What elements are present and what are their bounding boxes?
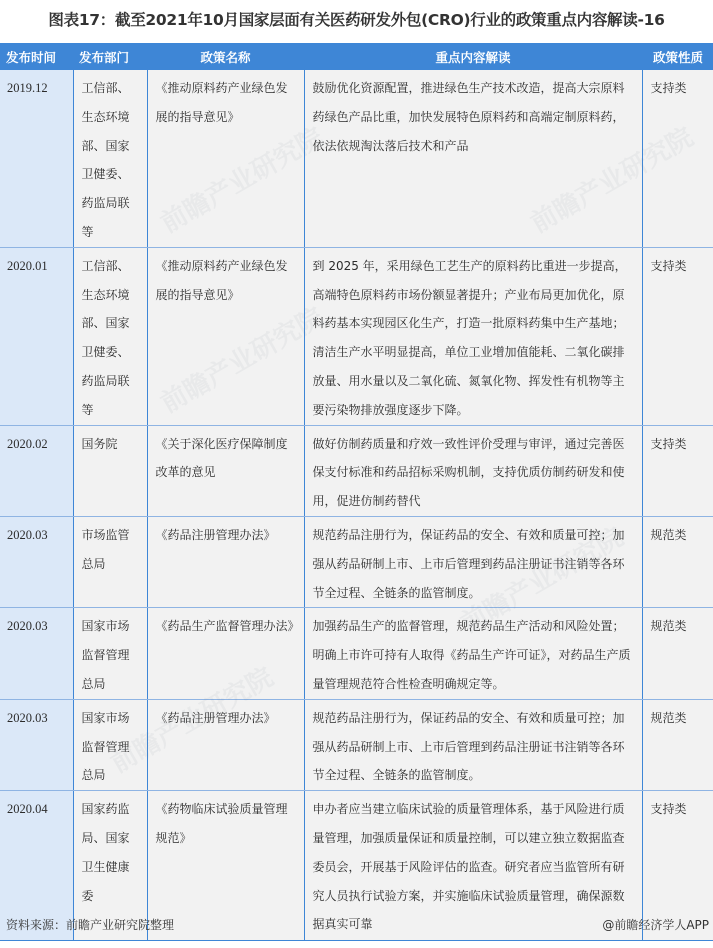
cell-department: 国务院 — [73, 425, 147, 516]
table-row: 2020.02 国务院 《关于深化医疗保障制度改革的意见 做好仿制药质量和疗效一… — [0, 425, 713, 516]
cell-department: 工信部、生态环境部、国家卫健委、药监局联等 — [73, 247, 147, 425]
header-policy-name: 政策名称 — [147, 43, 304, 70]
cell-content: 规范药品注册行为，保证药品的安全、有效和质量可控；加强从药品研制上市、上市后管理… — [304, 699, 642, 790]
cell-policy-name: 《药品生产监督管理办法》 — [147, 608, 304, 699]
table-row: 2020.03 国家市场监督管理总局 《药品生产监督管理办法》 加强药品生产的监… — [0, 608, 713, 699]
cell-date: 2020.01 — [0, 247, 73, 425]
table-row: 2019.12 工信部、生态环境部、国家卫健委、药监局联等 《推动原料药产业绿色… — [0, 70, 713, 247]
cell-date: 2020.03 — [0, 699, 73, 790]
cell-nature: 支持类 — [642, 70, 713, 247]
table-row: 2020.01 工信部、生态环境部、国家卫健委、药监局联等 《推动原料药产业绿色… — [0, 247, 713, 425]
cell-date: 2019.12 — [0, 70, 73, 247]
table-header-row: 发布时间 发布部门 政策名称 重点内容解读 政策性质 — [0, 43, 713, 70]
credit-note: @前瞻经济学人APP — [602, 916, 709, 933]
cell-policy-name: 《推动原料药产业绿色发展的指导意见》 — [147, 70, 304, 247]
cell-content: 做好仿制药质量和疗效一致性评价受理与审评，通过完善医保支付标准和药品招标采购机制… — [304, 425, 642, 516]
cell-department: 工信部、生态环境部、国家卫健委、药监局联等 — [73, 70, 147, 247]
cell-content: 鼓励优化资源配置，推进绿色生产技术改造，提高大宗原料药绿色产品比重，加快发展特色… — [304, 70, 642, 247]
header-date: 发布时间 — [0, 43, 73, 70]
cell-policy-name: 《推动原料药产业绿色发展的指导意见》 — [147, 247, 304, 425]
cell-department: 国家市场监督管理总局 — [73, 699, 147, 790]
cell-policy-name: 《药品注册管理办法》 — [147, 516, 304, 607]
figure-title: 图表17：截至2021年10月国家层面有关医药研发外包(CRO)行业的政策重点内… — [0, 0, 713, 40]
cell-nature: 支持类 — [642, 425, 713, 516]
cell-nature: 支持类 — [642, 247, 713, 425]
cell-content: 申办者应当建立临床试验的质量管理体系，基于风险进行质量管理，加强质量保证和质量控… — [304, 791, 642, 941]
cell-date: 2020.03 — [0, 608, 73, 699]
cell-department: 市场监管总局 — [73, 516, 147, 607]
cell-policy-name: 《药品注册管理办法》 — [147, 699, 304, 790]
cell-content: 规范药品注册行为，保证药品的安全、有效和质量可控；加强从药品研制上市、上市后管理… — [304, 516, 642, 607]
header-nature: 政策性质 — [642, 43, 713, 70]
cell-content: 到 2025 年，采用绿色工艺生产的原料药比重进一步提高，高端特色原料药市场份额… — [304, 247, 642, 425]
cell-content: 加强药品生产的监督管理，规范药品生产活动和风险处置；明确上市许可持有人取得《药品… — [304, 608, 642, 699]
table-row: 2020.03 市场监管总局 《药品注册管理办法》 规范药品注册行为，保证药品的… — [0, 516, 713, 607]
cell-date: 2020.03 — [0, 516, 73, 607]
cell-nature: 规范类 — [642, 608, 713, 699]
header-department: 发布部门 — [73, 43, 147, 70]
cell-date: 2020.02 — [0, 425, 73, 516]
cell-nature: 规范类 — [642, 516, 713, 607]
cell-department: 国家市场监督管理总局 — [73, 608, 147, 699]
header-content: 重点内容解读 — [304, 43, 642, 70]
source-note: 资料来源：前瞻产业研究院整理 — [6, 916, 174, 933]
table-row: 2020.03 国家市场监督管理总局 《药品注册管理办法》 规范药品注册行为，保… — [0, 699, 713, 790]
cell-nature: 规范类 — [642, 699, 713, 790]
policy-table: 发布时间 发布部门 政策名称 重点内容解读 政策性质 2019.12 工信部、生… — [0, 43, 713, 941]
cell-policy-name: 《关于深化医疗保障制度改革的意见 — [147, 425, 304, 516]
